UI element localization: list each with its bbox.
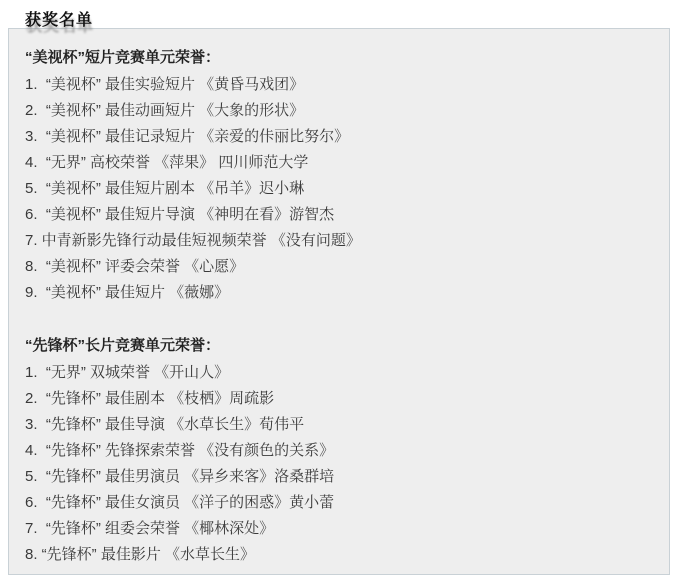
section-heading-short-film: “美视杯”短片竞赛单元荣誉：: [25, 46, 649, 70]
award-list-item: 4. “无界” 高校荣誉 《萍果》 四川师范大学: [25, 150, 649, 176]
award-list-item: 4. “先锋杯” 先锋探索荣誉 《没有颜色的关系》: [25, 438, 649, 464]
award-list-item: 9. “美视杯” 最佳短片 《薇娜》: [25, 280, 649, 306]
award-list-item: 5. “先锋杯” 最佳男演员 《异乡来客》洛桑群培: [25, 464, 649, 490]
award-list-item: 3. “先锋杯” 最佳导演 《水草长生》荀伟平: [25, 412, 649, 438]
award-list-item: 8. “美视杯” 评委会荣誉 《心愿》: [25, 254, 649, 280]
award-list-item: 7. “先锋杯” 组委会荣誉 《椰林深处》: [25, 516, 649, 542]
page: 获奖名单 “美视杯”短片竞赛单元荣誉： 1. “美视杯” 最佳实验短片 《黄昏马…: [0, 0, 685, 587]
section-feature-film-awards: “先锋杯”长片竞赛单元荣誉： 1. “无界” 双城荣誉 《开山人》2. “先锋杯…: [25, 334, 649, 568]
award-list-short-film: 1. “美视杯” 最佳实验短片 《黄昏马戏团》2. “美视杯” 最佳动画短片 《…: [25, 72, 649, 306]
award-list-item: 5. “美视杯” 最佳短片剧本 《吊羊》迟小琳: [25, 176, 649, 202]
award-list-item: 1. “无界” 双城荣誉 《开山人》: [25, 360, 649, 386]
award-list-item: 6. “先锋杯” 最佳女演员 《洋子的困惑》黄小蕾: [25, 490, 649, 516]
section-short-film-awards: “美视杯”短片竞赛单元荣誉： 1. “美视杯” 最佳实验短片 《黄昏马戏团》2.…: [25, 46, 649, 306]
award-list-item: 1. “美视杯” 最佳实验短片 《黄昏马戏团》: [25, 72, 649, 98]
award-list-feature-film: 1. “无界” 双城荣誉 《开山人》2. “先锋杯” 最佳剧本 《枝栖》周疏影3…: [25, 360, 649, 568]
award-list-panel: “美视杯”短片竞赛单元荣誉： 1. “美视杯” 最佳实验短片 《黄昏马戏团》2.…: [8, 28, 670, 575]
award-list-item: 3. “美视杯” 最佳记录短片 《亲爱的佧丽比努尔》: [25, 124, 649, 150]
award-list-item: 6. “美视杯” 最佳短片导演 《神明在看》游智杰: [25, 202, 649, 228]
award-list-item: 2. “美视杯” 最佳动画短片 《大象的形状》: [25, 98, 649, 124]
award-list-item: 7. 中青新影先锋行动最佳短视频荣誉 《没有问题》: [25, 228, 649, 254]
page-title: 获奖名单: [25, 7, 93, 30]
award-list-item: 2. “先锋杯” 最佳剧本 《枝栖》周疏影: [25, 386, 649, 412]
section-heading-feature-film: “先锋杯”长片竞赛单元荣誉：: [25, 334, 649, 358]
award-list-item: 8. “先锋杯” 最佳影片 《水草长生》: [25, 542, 649, 568]
